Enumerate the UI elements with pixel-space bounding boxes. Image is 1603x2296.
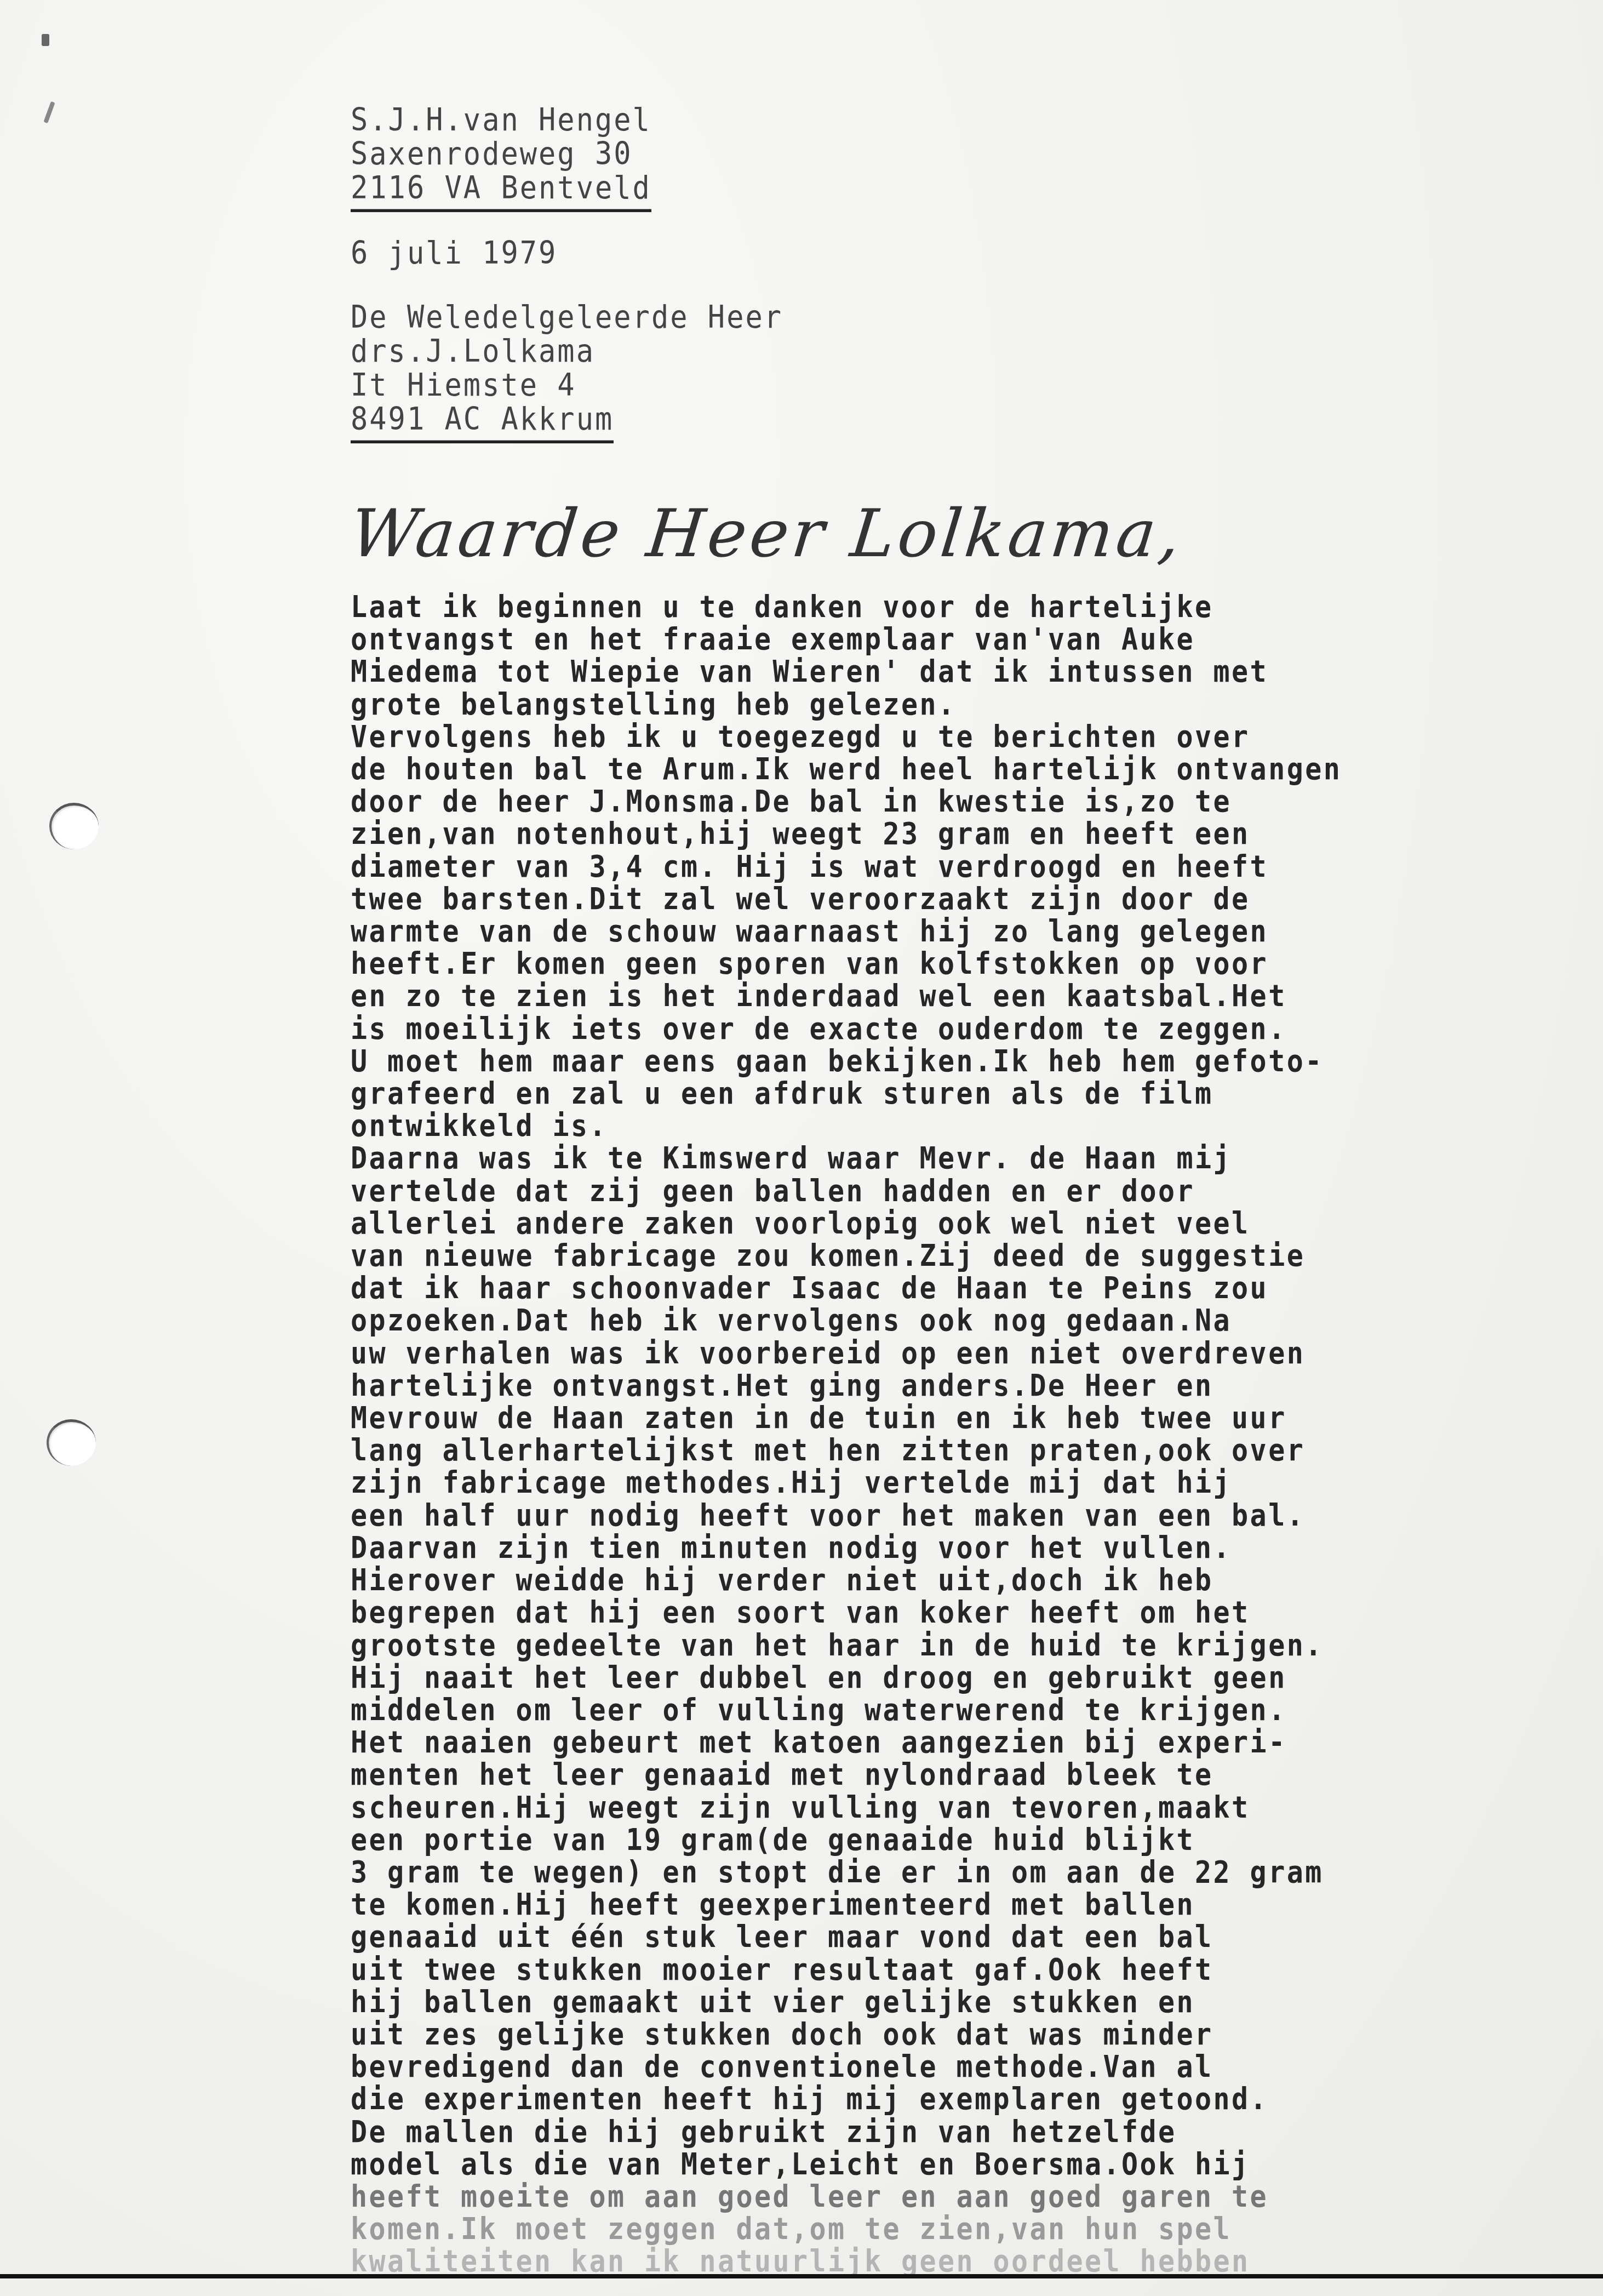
body-line: U moet hem maar eens gaan bekijken.Ik he… — [351, 1043, 1342, 1079]
body-line: een portie van 19 gram(de genaaide huid … — [351, 1822, 1342, 1858]
sender-name: S.J.H.van Hengel — [351, 101, 651, 139]
body-line: Hij naait het leer dubbel en droog en ge… — [351, 1660, 1342, 1695]
recipient-name: drs.J.Lolkama — [351, 333, 783, 370]
body-line: dat ik haar schoonvader Isaac de Haan te… — [351, 1270, 1342, 1306]
body-line: ontvangst en het fraaie exemplaar van'va… — [351, 621, 1342, 657]
body-line: Vervolgens heb ik u toegezegd u te beric… — [351, 719, 1342, 755]
body-line: zien,van notenhout,hij weegt 23 gram en … — [351, 816, 1342, 852]
letter-body: Laat ik beginnen u te danken voor de har… — [351, 589, 1342, 2276]
recipient-city: 8491 AC Akkrum — [351, 401, 614, 443]
recipient-street: It Hiemste 4 — [351, 367, 783, 404]
body-line: grote belangstelling heb gelezen. — [351, 687, 1342, 722]
letter-date: 6 juli 1979 — [351, 235, 557, 269]
handwritten-salutation: Waarde Heer Lolkama, — [347, 496, 1187, 572]
body-line: ontwikkeld is. — [351, 1108, 1342, 1144]
body-line: warmte van de schouw waarnaast hij zo la… — [351, 913, 1342, 949]
body-line: 3 gram te wegen) en stopt die er in om a… — [351, 1854, 1342, 1890]
body-line: genaaid uit één stuk leer maar vond dat … — [351, 1919, 1342, 1955]
body-line: en zo te zien is het inderdaad wel een k… — [351, 978, 1342, 1014]
body-line: grootste gedeelte van het haar in de hui… — [351, 1627, 1342, 1663]
body-line: heeft.Er komen geen sporen van kolfstokk… — [351, 946, 1342, 981]
body-line: komen.Ik moet zeggen dat,om te zien,van … — [351, 2211, 1342, 2247]
body-line: hij ballen gemaakt uit vier gelijke stuk… — [351, 1984, 1342, 2020]
body-line: Mevrouw de Haan zaten in de tuin en ik h… — [351, 1400, 1342, 1436]
body-line: model als die van Meter,Leicht en Boersm… — [351, 2146, 1342, 2182]
body-line: De mallen die hij gebruikt zijn van hetz… — [351, 2114, 1342, 2150]
body-line: door de heer J.Monsma.De bal in kwestie … — [351, 784, 1342, 819]
body-line: Laat ik beginnen u te danken voor de har… — [351, 589, 1342, 625]
body-line: hartelijke ontvangst.Het ging anders.De … — [351, 1368, 1342, 1403]
body-line: Daarna was ik te Kimswerd waar Mevr. de … — [351, 1140, 1342, 1176]
body-line: Het naaien gebeurt met katoen aangezien … — [351, 1724, 1342, 1760]
body-line: uit zes gelijke stukken doch ook dat was… — [351, 2017, 1342, 2052]
sender-city: 2116 VA Bentveld — [351, 169, 651, 212]
body-line: die experimenten heeft hij mij exemplare… — [351, 2081, 1342, 2117]
body-line: zijn fabricage methodes.Hij vertelde mij… — [351, 1465, 1342, 1500]
body-line: lang allerhartelijkst met hen zitten pra… — [351, 1432, 1342, 1468]
recipient-address: De Weledelgeleerde Heer drs.J.Lolkama It… — [351, 299, 783, 439]
body-line: te komen.Hij heeft geexperimenteerd met … — [351, 1887, 1342, 1922]
paper-bottom-edge — [0, 2274, 1603, 2278]
sender-street: Saxenrodeweg 30 — [351, 135, 651, 173]
punch-hole-top — [49, 803, 99, 849]
body-line: bevredigend dan de conventionele methode… — [351, 2049, 1342, 2084]
body-line: menten het leer genaaid met nylondraad b… — [351, 1757, 1342, 1792]
body-line: grafeerd en zal u een afdruk sturen als … — [351, 1076, 1342, 1111]
body-line: Miedema tot Wiepie van Wieren' dat ik in… — [351, 654, 1342, 689]
date-text: 6 juli 1979 — [351, 235, 557, 272]
body-line: middelen om leer of vulling waterwerend … — [351, 1692, 1342, 1728]
body-line: uit twee stukken mooier resultaat gaf.Oo… — [351, 1952, 1342, 1987]
recipient-title: De Weledelgeleerde Heer — [351, 299, 783, 336]
body-line: Hierover weidde hij verder niet uit,doch… — [351, 1562, 1342, 1598]
body-line: is moeilijk iets over de exacte ouderdom… — [351, 1011, 1342, 1047]
body-line: vertelde dat zij geen ballen hadden en e… — [351, 1173, 1342, 1209]
sender-address: S.J.H.van Hengel Saxenrodeweg 30 2116 VA… — [351, 101, 651, 208]
body-line: opzoeken.Dat heb ik vervolgens ook nog g… — [351, 1303, 1342, 1338]
body-line: twee barsten.Dit zal wel veroorzaakt zij… — [351, 881, 1342, 917]
body-line: allerlei andere zaken voorlopig ook wel … — [351, 1206, 1342, 1241]
body-line: begrepen dat hij een soort van koker hee… — [351, 1595, 1342, 1630]
staple-mark — [42, 34, 49, 46]
body-line: heeft moeite om aan goed leer en aan goe… — [351, 2179, 1342, 2214]
body-line: de houten bal te Arum.Ik werd heel harte… — [351, 751, 1342, 787]
body-line: Daarvan zijn tien minuten nodig voor het… — [351, 1530, 1342, 1566]
body-line: uw verhalen was ik voorbereid op een nie… — [351, 1335, 1342, 1371]
punch-hole-bottom — [47, 1419, 96, 1466]
body-line: van nieuwe fabricage zou komen.Zij deed … — [351, 1238, 1342, 1273]
body-line: diameter van 3,4 cm. Hij is wat verdroog… — [351, 849, 1342, 884]
body-line: scheuren.Hij weegt zijn vulling van tevo… — [351, 1790, 1342, 1825]
body-line: een half uur nodig heeft voor het maken … — [351, 1498, 1342, 1533]
